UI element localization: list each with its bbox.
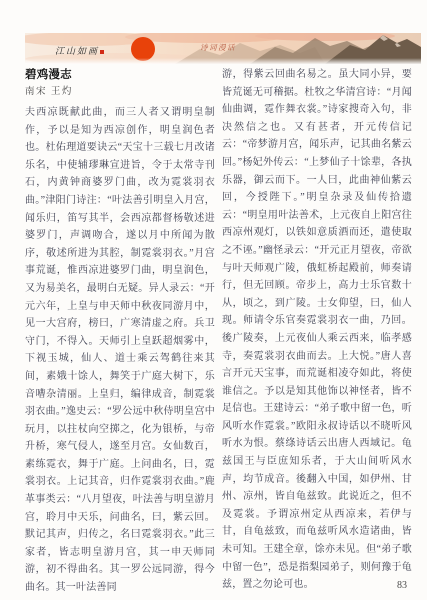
right-column-text: 游，得紫云回曲名易之。虽大同小异，要皆荒诞无可稽据。杜牧之华清宫诗：“月闻仙曲调… bbox=[222, 66, 412, 594]
left-column-text: 夫西凉既献此曲，而三人者又谓明皇制作，予以是知为西凉创作，明皇润色者也。杜佑理道… bbox=[25, 104, 215, 597]
seal-icon bbox=[100, 50, 104, 54]
header-banner: 江山如画 诗词漫话 bbox=[25, 33, 421, 64]
two-column-text: 碧鸡漫志 南宋 王灼 夫西凉既献此曲，而三人者又谓明皇制作，予以是知为西凉创作，… bbox=[25, 66, 412, 597]
book-page: 江山如画 诗词漫话 碧鸡漫志 南宋 王灼 夫西凉既献此曲，而三人者又谓明皇制作，… bbox=[0, 0, 427, 600]
page-title: 碧鸡漫志 bbox=[25, 68, 215, 83]
banner-fade bbox=[25, 58, 421, 64]
right-column: 游，得紫云回曲名易之。虽大同小异，要皆荒诞无可稽据。杜牧之华清宫诗：“月闻仙曲调… bbox=[222, 66, 412, 597]
author-line: 南宋 王灼 bbox=[25, 86, 215, 99]
banner-calligraphy-left: 江山如画 bbox=[55, 46, 99, 56]
left-column: 碧鸡漫志 南宋 王灼 夫西凉既献此曲，而三人者又谓明皇制作，予以是知为西凉创作，… bbox=[25, 66, 215, 597]
page-number: 83 bbox=[397, 580, 407, 591]
red-sun-icon bbox=[131, 37, 155, 61]
banner-calligraphy-center: 诗词漫话 bbox=[200, 43, 236, 52]
